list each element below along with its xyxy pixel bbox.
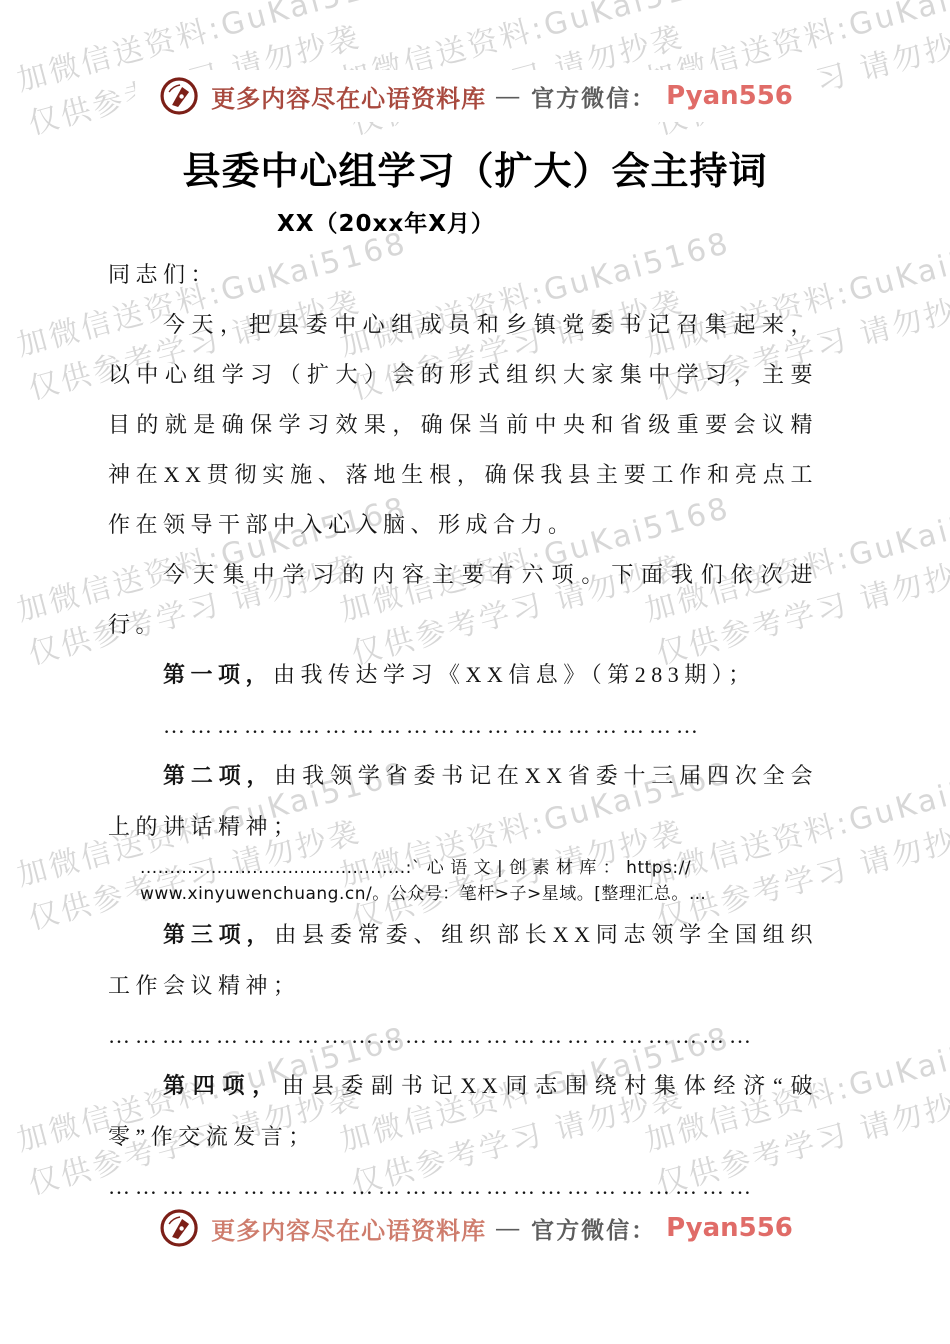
footer-wechat-label: 官方微信： — [531, 1212, 656, 1245]
ellipsis-line: ……………………………………………………………… — [108, 1011, 818, 1061]
header-brand-text: 更多内容尽在心语资料库 — [211, 79, 486, 114]
agenda-item-2: 第二项，由我领学省委书记在XX省委十三届四次全会上的讲话精神； — [108, 751, 818, 852]
agenda-lead-in: 今天集中学习的内容主要有六项。下面我们依次进行。 — [108, 550, 818, 650]
page-subtitle: XX（20xx年X月） — [0, 205, 772, 238]
document-page: 加微信送资料:GuKai5168仅供参考学习 请勿抄袭加微信送资料:GuKai5… — [0, 0, 950, 1344]
footer-brand-bar: 更多内容尽在心语资料库—官方微信： Pyan556 — [135, 1202, 815, 1254]
source-note-line-1: ........................................… — [140, 855, 818, 881]
pen-nib-logo-icon — [157, 74, 201, 118]
footer-brand-text: 更多内容尽在心语资料库 — [211, 1211, 486, 1246]
header-wechat-id: Pyan556 — [666, 81, 793, 111]
agenda-item-2-lead: 第二项， — [163, 764, 274, 789]
agenda-item-3-lead: 第三项， — [163, 923, 274, 948]
source-note-line-2: www.xinyuwenchuang.cn/。公众号：笔杆>子>星域。[整理汇总… — [140, 881, 818, 907]
header-brand-bar: 更多内容尽在心语资料库—官方微信： Pyan556 — [135, 70, 815, 122]
pen-nib-logo-icon — [157, 1206, 201, 1250]
footer-separator: — — [496, 1215, 521, 1241]
footer-wechat-id: Pyan556 — [666, 1213, 793, 1243]
source-note: ........................................… — [140, 855, 818, 907]
agenda-item-4: 第四项，由县委副书记XX同志围绕村集体经济“破零”作交流发言； — [108, 1061, 818, 1162]
agenda-item-1-text: 由我传达学习《XX信息》（第283期）； — [273, 662, 756, 687]
header-wechat-label: 官方微信： — [531, 80, 656, 113]
salutation: 同志们： — [108, 250, 818, 300]
intro-paragraph: 今天，把县委中心组成员和乡镇党委书记召集起来，以中心组学习（扩大）会的形式组织大… — [108, 300, 818, 550]
agenda-item-1: 第一项，由我传达学习《XX信息》（第283期）； — [108, 650, 818, 701]
agenda-item-1-lead: 第一项， — [163, 663, 273, 688]
agenda-item-3: 第三项，由县委常委、组织部长XX同志领学全国组织工作会议精神； — [108, 910, 818, 1011]
agenda-item-4-lead: 第四项， — [163, 1074, 282, 1099]
document-body: 同志们： 今天，把县委中心组成员和乡镇党委书记召集起来，以中心组学习（扩大）会的… — [108, 250, 818, 1263]
ellipsis-line: …………………………………………………… — [108, 701, 818, 751]
page-title: 县委中心组学习（扩大）会主持词 — [0, 140, 950, 195]
header-separator: — — [496, 83, 521, 109]
